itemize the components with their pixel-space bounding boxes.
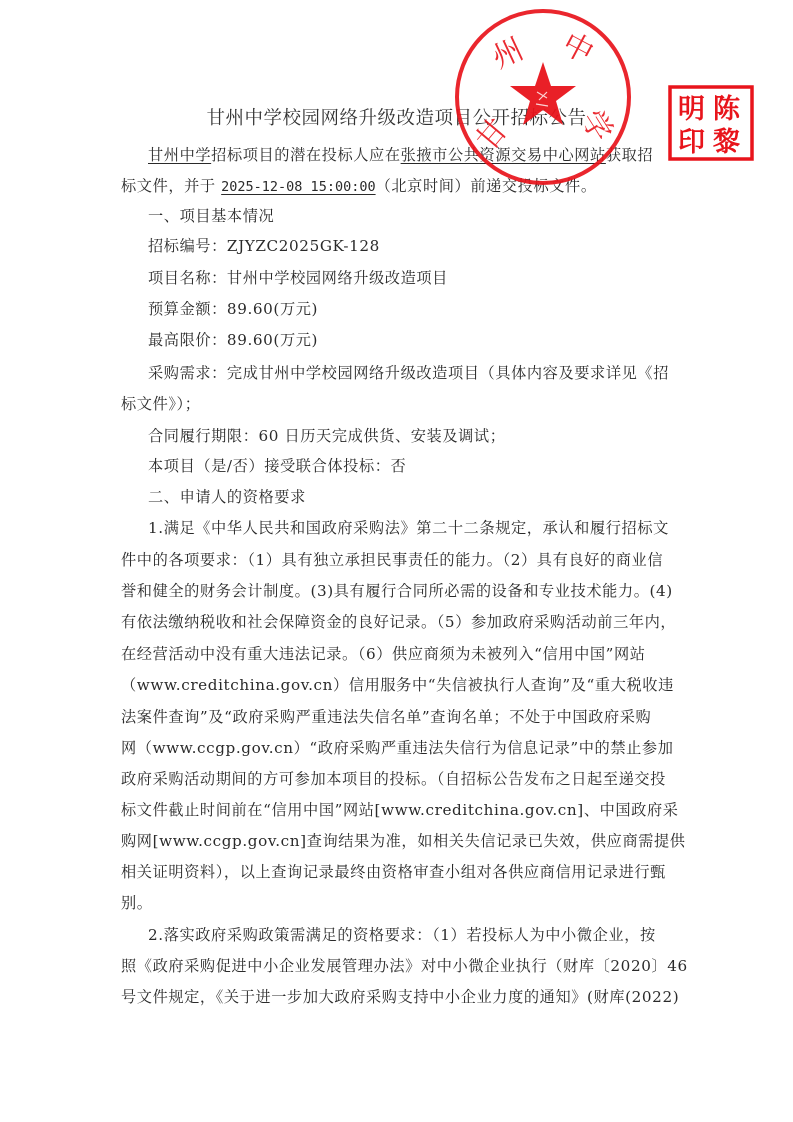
qualification-1-line: 法案件查询”及“政府采购严重违法失信名单”查询名单；不处于中国政府采购: [121, 707, 661, 727]
contract-period: 合同履行期限：60 日历天完成供货、安装及调试；: [148, 426, 688, 446]
seal-char: 黎: [713, 127, 740, 158]
qualification-1-line: 网（www.ccgp.gov.cn）“政府采购严重违法失信行为信息记录”中的禁止…: [121, 738, 661, 758]
requirement-line-1: 采购需求：完成甘州中学校园网络升级改造项目（具体内容及要求详见《招: [148, 363, 688, 383]
section-1-heading: 一、项目基本情况: [148, 206, 688, 226]
qualification-1-line: 别。: [121, 893, 661, 913]
seal-char: 州: [487, 32, 529, 76]
qualification-1-line: （www.creditchina.gov.cn）信用服务中“失信被执行人查询”及…: [121, 675, 661, 695]
section-2-heading: 二、申请人的资格要求: [148, 487, 688, 507]
qualification-1-line: 相关证明资料），以上查询记录最终由资格审查小组对各供应商信用记录进行甄: [121, 862, 661, 882]
purchaser-name: 甘州中学: [148, 146, 211, 164]
intro-line-2: 标文件，并于 2025-12-08 15:00:00（北京时间）前递交投标文件。: [121, 176, 661, 197]
qualification-1-line: 在经营活动中没有重大违法记录。（6）供应商须为未被列入“信用中国”网站: [121, 644, 661, 664]
intro-text-3: 标文件，并于: [121, 177, 221, 195]
requirement-line-2: 标文件》）；: [121, 394, 661, 414]
intro-text-1: 招标项目的潜在投标人应在: [211, 146, 400, 164]
max-price: 最高限价：89.60(万元): [148, 330, 688, 350]
qualification-1-line: 购网[www.ccgp.gov.cn]查询结果为准，如相关失信记录已失效，供应商…: [121, 831, 661, 851]
qualification-2-line: 照《政府采购促进中小企业发展管理办法》对中小微企业执行（财库〔2020〕46: [121, 956, 661, 976]
qualification-1-line: 政府采购活动期间的方可参加本项目的投标。（自招标公告发布之日起至递交投: [121, 769, 661, 789]
qualification-1-line: 件中的各项要求：（1）具有独立承担民事责任的能力。（2）具有良好的商业信: [121, 550, 661, 570]
bid-deadline: 2025-12-08 15:00:00: [221, 179, 375, 195]
qualification-1-line: 誉和健全的财务会计制度。(3)具有履行合同所必需的设备和专业技术能力。(4): [121, 581, 661, 601]
seal-char: 中: [556, 26, 599, 71]
intro-line-1: 甘州中学招标项目的潜在投标人应在张掖市公共资源交易中心网站获取招: [148, 145, 688, 165]
document-title: 甘州中学校园网络升级改造项目公开招标公告: [0, 104, 793, 130]
qualification-1-line: 有依法缴纳税收和社会保障资金的良好记录。（5）参加政府采购活动前三年内，: [121, 612, 661, 632]
budget-amount: 预算金额：89.60(万元): [148, 299, 688, 319]
consortium-bid: 本项目（是/否）接受联合体投标：否: [148, 456, 688, 476]
bid-number: 招标编号：ZJYZC2025GK-128: [148, 236, 688, 256]
project-name: 项目名称：甘州中学校园网络升级改造项目: [148, 268, 688, 288]
document-page: 甘州中学校园网络升级改造项目公开招标公告 甘州中学招标项目的潜在投标人应在张掖市…: [0, 0, 793, 1122]
qualification-1-line: 1.满足《中华人民共和国政府采购法》第二十二条规定，承认和履行招标文: [148, 518, 688, 538]
intro-text-2: 获取招: [606, 146, 653, 164]
intro-text-4: （北京时间）前递交投标文件。: [376, 177, 597, 195]
platform-link[interactable]: 张掖市公共资源交易中心网站: [401, 146, 606, 164]
qualification-1-line: 标文件截止时间前在“信用中国”网站[www.creditchina.gov.cn…: [121, 800, 661, 820]
qualification-2-line: 号文件规定，《关于进一步加大政府采购支持中小企业力度的通知》(财库(2022): [121, 987, 661, 1007]
qualification-2-line: 2.落实政府采购政策需满足的资格要求：（1）若投标人为中小微企业，按: [148, 925, 688, 945]
